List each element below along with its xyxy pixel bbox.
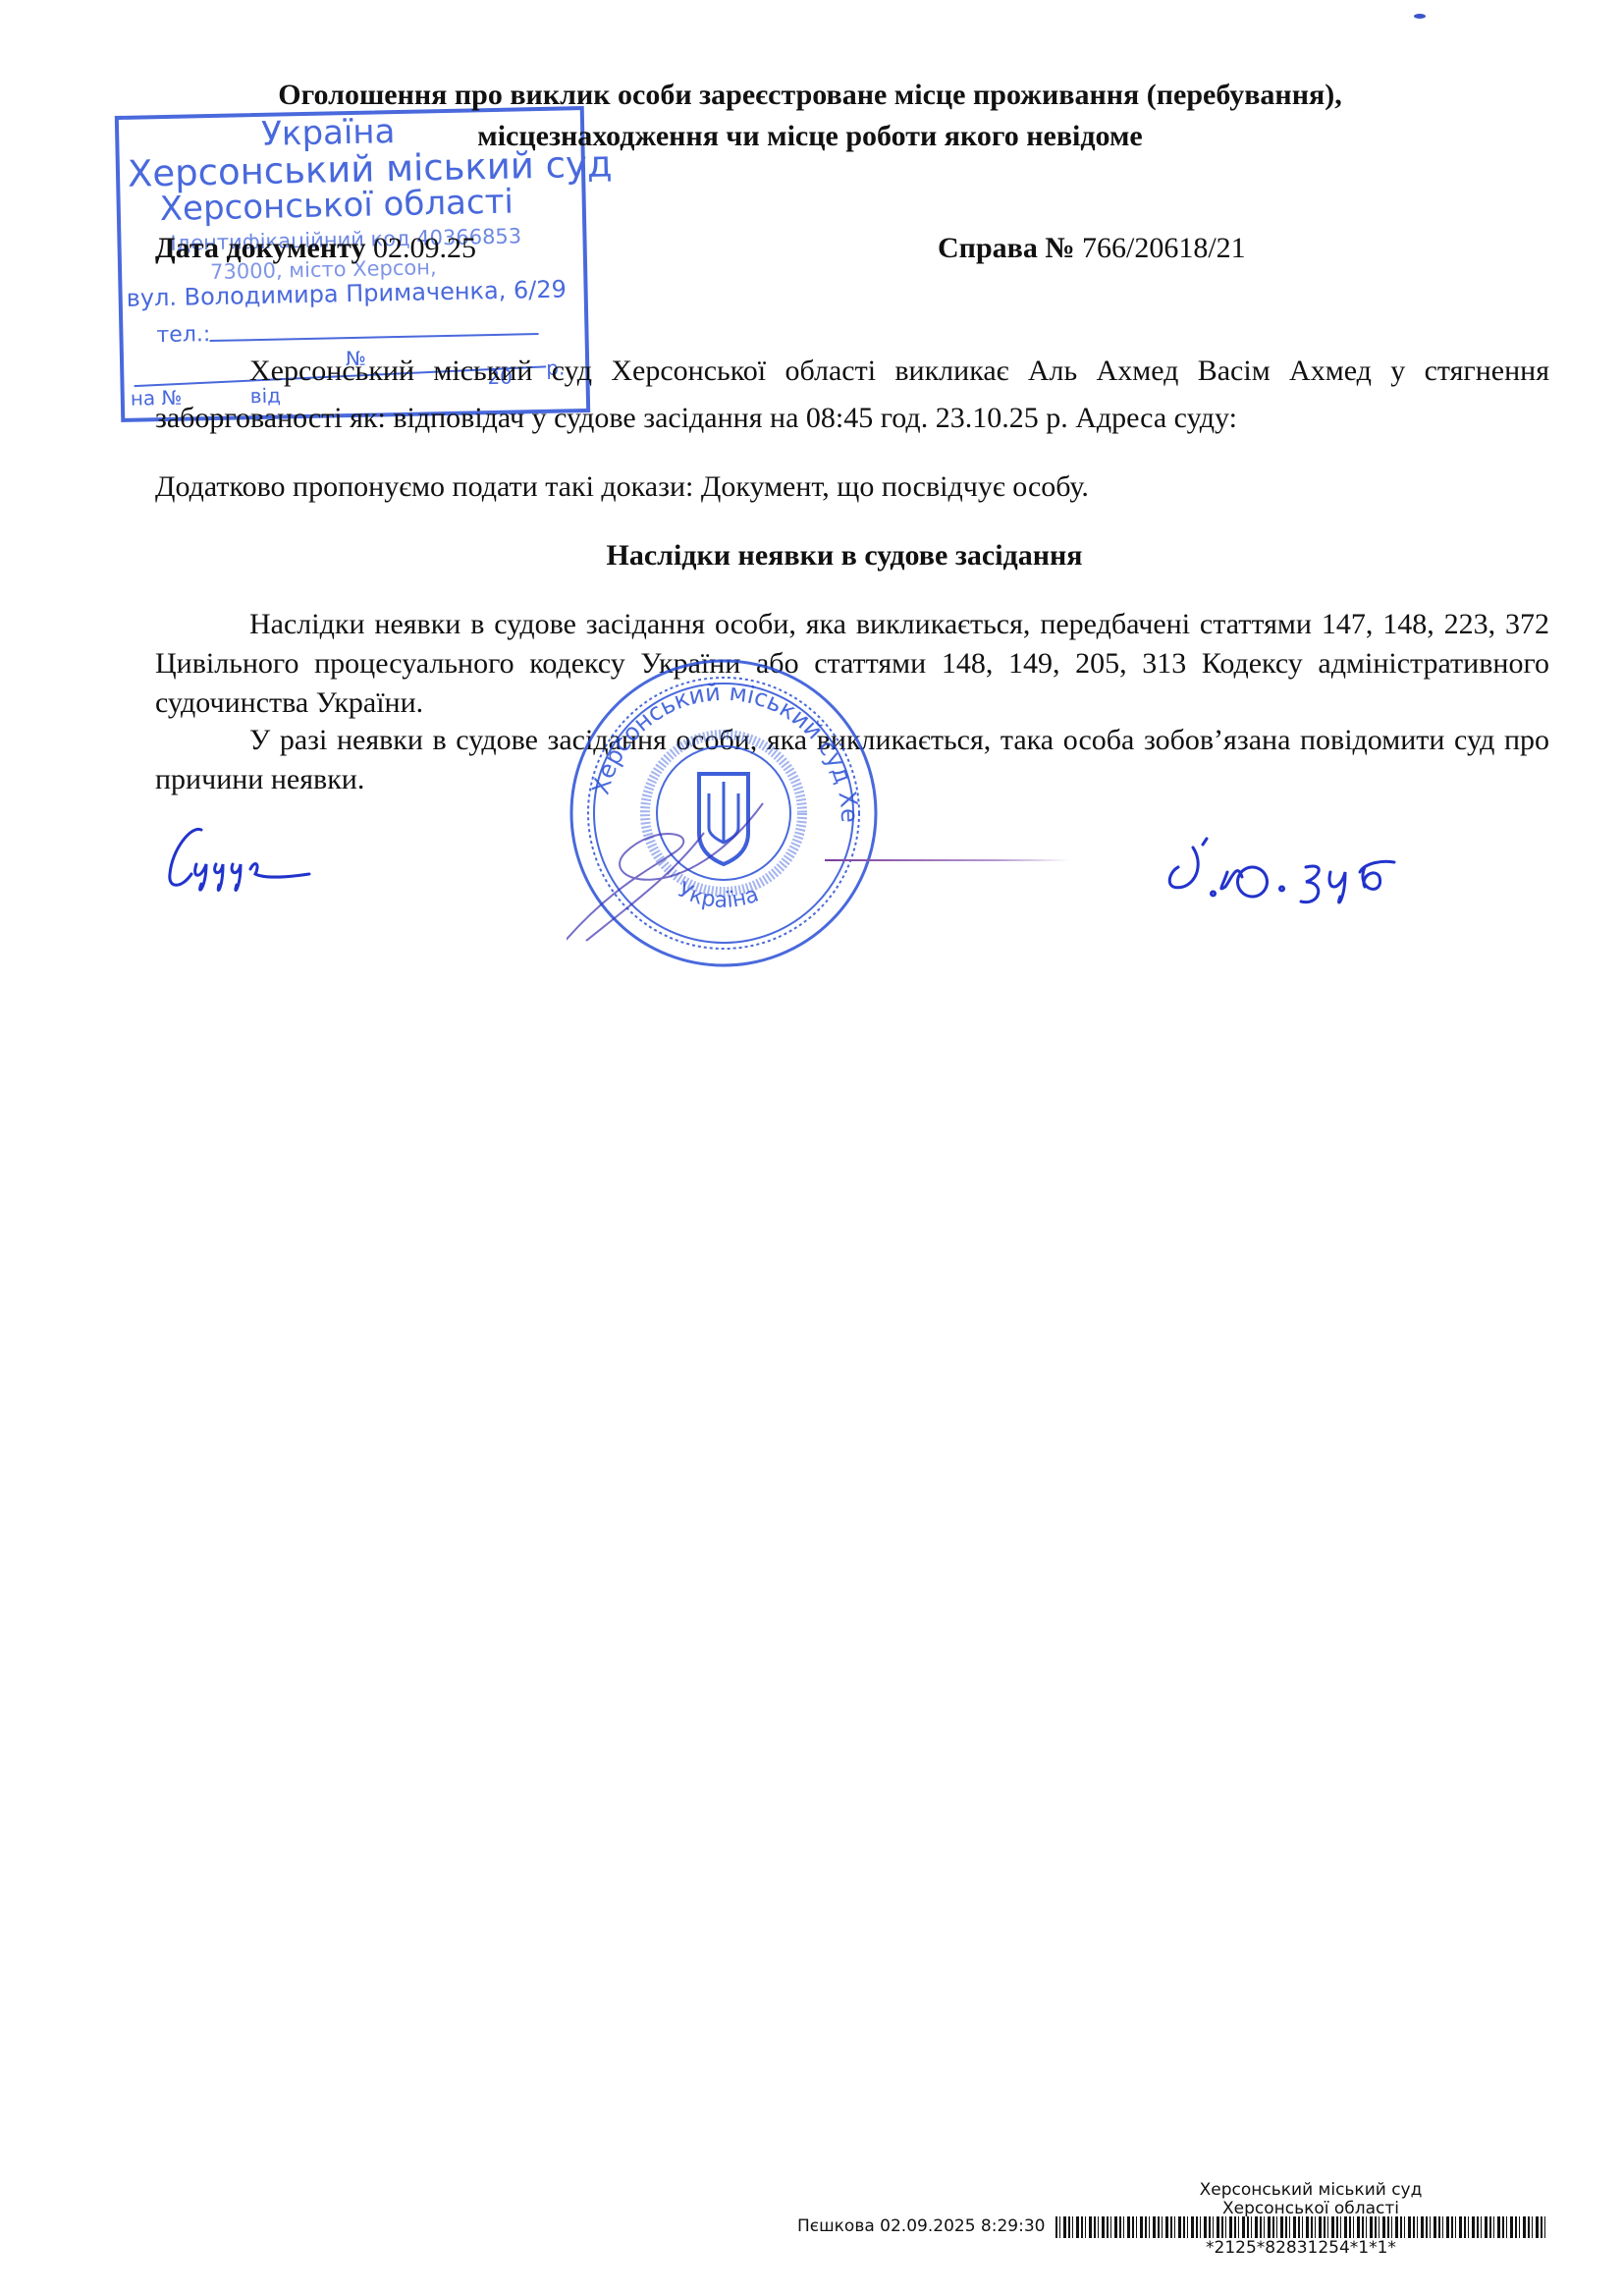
document-barcode [1055,2216,1548,2238]
stamp-line-region: Херсонської області [159,183,514,230]
footer-clerk-timestamp: Пєшкова 02.09.2025 8:29:30 [797,2216,1045,2236]
signature-right: І.Ю. Зуб [1159,833,1434,916]
signature-left: Судде [162,820,329,903]
date-value: 02.09.25 [373,232,476,264]
handwritten-sudde-icon [162,820,329,899]
stamp-tel-line [210,333,539,342]
footer-court-line-1: Херсонський міський суд [1193,2181,1429,2200]
stamp-line-street: вул. Володимира Примаченка, 6/29 [126,275,567,311]
document-date: Дата документу 02.09.25 [155,232,476,265]
title-line-1: Оголошення про виклик особи зареєстрован… [147,75,1473,116]
document-title: Оголошення про виклик особи зареєстрован… [147,75,1473,157]
stamp-tel-label: тел.: [156,322,210,348]
handwritten-initials-icon [1159,833,1434,911]
case-value: 766/20618/21 [1082,232,1246,264]
court-seal-round: Херсонський міський суд Херсонської обла… [567,656,881,970]
scan-artifact-mark [1414,14,1426,19]
signature-line [825,859,1070,861]
case-number: Справа № 766/20618/21 [938,232,1246,265]
consequences-heading: Наслідки неявки в судове засідання [147,539,1542,573]
footer-court-name: Херсонський міський суд Херсонської обла… [1193,2181,1429,2218]
svg-text:Херсонський міський суд Херсон: Херсонський міський суд Херсонської обла… [567,656,863,823]
barcode-text: *2125*82831254*1*1* [1206,2238,1396,2258]
evidence-paragraph: Додатково пропонуємо подати такі докази:… [155,464,1549,511]
title-line-2: місцезнаходження чи місце роботи якого н… [147,116,1473,157]
date-label: Дата документу [155,232,365,264]
summons-paragraph: Херсонський міський суд Херсонської обла… [155,348,1549,442]
seal-graphic: Херсонський міський суд Херсонської обла… [567,656,881,970]
case-label: Справа № [938,232,1074,264]
